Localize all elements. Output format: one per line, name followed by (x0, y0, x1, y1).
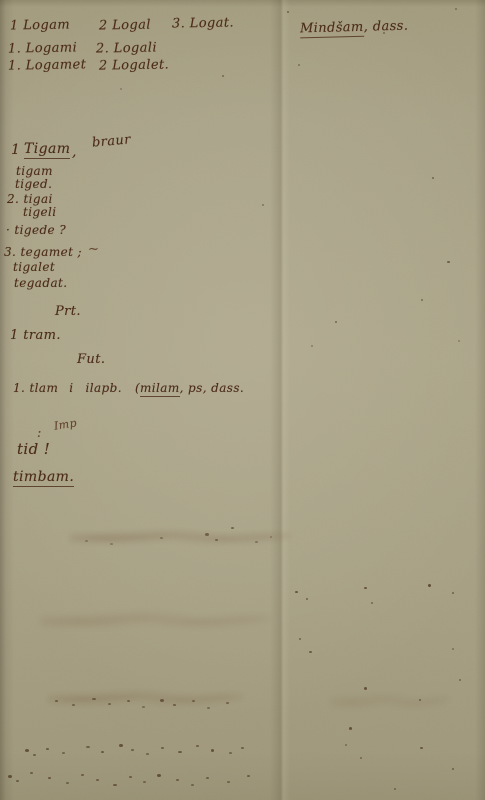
paradigm-form-4: tigeli (23, 206, 57, 219)
conjugation-row1-col1: 1 Logam (10, 18, 70, 33)
foxing-speck (46, 748, 49, 750)
foxing-speck (191, 784, 194, 786)
foxing-speck (419, 699, 421, 701)
foxing-speck (176, 779, 179, 781)
foxing-speck (311, 345, 313, 347)
foxing-speck (16, 780, 19, 782)
paradigm-form-5: · tigede ? (6, 224, 66, 237)
foxing-speck (66, 782, 69, 784)
foxing-speck (255, 541, 258, 543)
margin-note: Mindšam, dass. (300, 20, 409, 37)
future-entry-rest: , ps, dass. (180, 381, 244, 395)
foxing-speck (421, 299, 423, 301)
ink-bleedthrough-smudge (40, 606, 270, 634)
conjugation-row1-col2: 2 Logal (99, 19, 151, 34)
foxing-speck (72, 704, 75, 706)
fold-crease (270, 0, 290, 800)
foxing-speck (119, 744, 123, 747)
foxing-speck (299, 638, 301, 640)
foxing-speck (298, 64, 300, 66)
foxing-speck (146, 753, 149, 755)
foxing-speck (295, 591, 298, 593)
foxing-speck (455, 8, 457, 10)
foxing-speck (306, 598, 308, 600)
foxing-speck (211, 749, 214, 752)
foxing-speck (420, 747, 423, 749)
foxing-speck (270, 536, 272, 538)
imperative-form: tid ! (17, 441, 50, 458)
future-entry: 1. tlamiilapb.(milam, ps, dass. (13, 382, 244, 395)
paradigm-form-8: tegadat. (14, 277, 67, 290)
foxing-speck (229, 752, 232, 754)
future-entry-part3: ilapb. (86, 381, 122, 395)
foxing-speck (287, 11, 289, 13)
foxing-speck (371, 602, 373, 604)
margin-note-rest: , dass. (364, 19, 409, 35)
manuscript-page: 1 Logam 2 Logal 3. Logat. Mindšam, dass.… (0, 0, 485, 800)
foxing-speck (157, 774, 161, 777)
ink-bleedthrough-smudge (70, 526, 290, 548)
foxing-speck (143, 781, 146, 783)
foxing-speck (96, 779, 99, 781)
conjugation-row3-col1: 1. Logamet (8, 58, 87, 74)
foxing-speck (192, 700, 195, 702)
conjugation-row1-col3: 3. Logat. (172, 16, 234, 31)
foxing-speck (428, 584, 431, 587)
foxing-speck (247, 775, 250, 777)
foxing-speck (432, 177, 434, 179)
preterite-label: Prt. (55, 305, 81, 319)
foxing-speck (196, 745, 199, 747)
conjugation-row2-col1: 1. Logami (8, 41, 77, 57)
foxing-speck (458, 340, 460, 342)
foxing-speck (86, 746, 90, 748)
foxing-speck (205, 533, 209, 536)
foxing-speck (178, 751, 182, 753)
foxing-speck (25, 749, 29, 752)
foxing-speck (226, 702, 229, 704)
foxing-speck (160, 537, 163, 539)
foxing-speck (101, 751, 104, 753)
imperative-stem: timbam. (13, 470, 74, 487)
foxing-speck (452, 768, 454, 770)
foxing-speck (222, 75, 224, 77)
foxing-speck (262, 204, 264, 206)
conjugation-row3-col2: 2 Logalet. (99, 58, 169, 74)
foxing-speck (131, 749, 134, 751)
foxing-speck (161, 747, 164, 749)
foxing-speck (345, 744, 347, 746)
future-entry-part1: 1. tlam (13, 381, 58, 395)
imperative-label: Imp (53, 417, 78, 433)
paradigm-gloss-note: braur (91, 133, 131, 151)
paper-grain-texture (0, 0, 485, 800)
paradigm-form-7: tigalet (13, 261, 55, 274)
foxing-speck (108, 703, 111, 705)
foxing-speck (8, 775, 12, 778)
foxing-speck (241, 747, 244, 749)
foxing-speck (113, 784, 117, 786)
foxing-speck (447, 261, 450, 263)
foxing-speck (394, 788, 396, 790)
foxing-speck (120, 88, 122, 90)
preterite-form: 1 tram. (10, 329, 61, 343)
paradigm-headword: Tigam (24, 142, 70, 159)
foxing-speck (364, 587, 367, 589)
foxing-speck (173, 704, 176, 706)
foxing-speck (142, 706, 145, 708)
squiggle-mark: ∼ (88, 243, 99, 257)
margin-note-word: Mindšam (300, 20, 364, 39)
foxing-speck (81, 774, 84, 776)
conjugation-row2-col2: 2. Logali (96, 41, 157, 56)
paradigm-comma: , (72, 145, 77, 160)
foxing-speck (335, 321, 337, 323)
foxing-speck (48, 777, 51, 779)
future-entry-part2: i (69, 381, 73, 395)
ink-bleedthrough-smudge (48, 686, 243, 710)
foxing-speck (92, 698, 96, 700)
foxing-speck (206, 777, 209, 779)
paradigm-number: 1 (11, 143, 20, 158)
foxing-speck (207, 707, 210, 709)
foxing-speck (62, 752, 65, 754)
foxing-speck (231, 527, 234, 529)
foxing-speck (55, 700, 58, 702)
foxing-speck (33, 754, 36, 756)
foxing-speck (364, 687, 367, 690)
future-entry-underlined: milam (140, 381, 180, 397)
foxing-speck (215, 539, 218, 541)
foxing-speck (452, 648, 454, 650)
foxing-speck (360, 757, 362, 759)
foxing-speck (110, 543, 113, 545)
foxing-speck (452, 592, 454, 594)
foxing-speck (459, 679, 461, 681)
foxing-speck (160, 699, 164, 702)
foxing-speck (127, 700, 130, 702)
foxing-speck (30, 772, 33, 774)
foxing-speck (227, 781, 230, 783)
foxing-speck (349, 727, 352, 730)
future-label: Fut. (77, 353, 105, 367)
paradigm-form-2: tiged. (15, 178, 52, 191)
foxing-speck (129, 776, 132, 778)
foxing-speck (85, 540, 88, 542)
foxing-speck (309, 651, 312, 653)
ink-bleedthrough-smudge (330, 688, 450, 714)
paradigm-form-6: 3. tegamet ; (4, 246, 82, 259)
